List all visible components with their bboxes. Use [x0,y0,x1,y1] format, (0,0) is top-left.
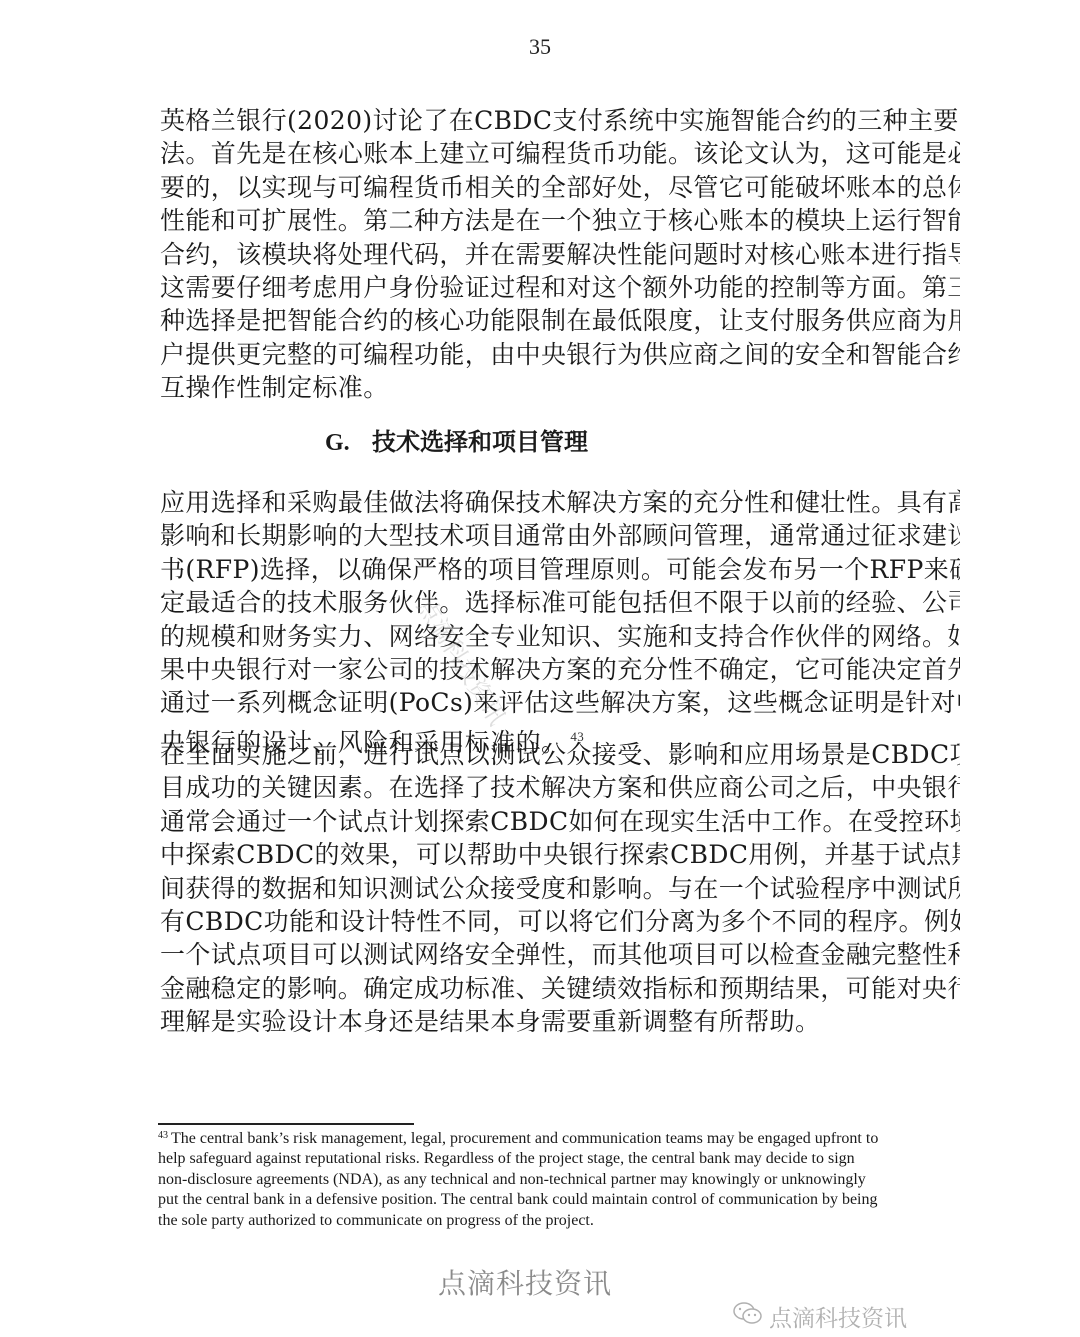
text-line: 金融稳定的影响。确定成功标准、关键绩效指标和预期结果，可能对央行 [160,972,960,1005]
text-line: 间获得的数据和知识测试公众接受度和影响。与在一个试验程序中测试所 [160,872,960,905]
paragraph-pilot: 在全面实施之前，进行试点以测试公众接受、影响和应用场景是CBDC项 目成功的关键… [160,738,960,1039]
section-heading: G. 技术选择和项目管理 [325,422,588,457]
text-line: 互操作性制定标准。 [160,371,960,404]
text-line: 的规模和财务实力、网络安全专业知识、实施和支持合作伙伴的网络。如 [160,620,960,653]
text-line: 果中央银行对一家公司的技术解决方案的充分性不确定，它可能决定首先 [160,653,960,686]
text-line: 有CBDC功能和设计特性不同，可以将它们分离为多个不同的程序。例如， [160,905,960,938]
footnote-divider [158,1123,414,1125]
wechat-icon [733,1301,769,1333]
text-line: 要的，以实现与可编程货币相关的全部好处，尽管它可能破坏账本的总体 [160,171,960,204]
text-line: 英格兰银行(2020)讨论了在CBDC支付系统中实施智能合约的三种主要方 [160,104,960,137]
footnote: 43The central bank’s risk management, le… [158,1126,978,1231]
bottom-watermark: 点滴科技资讯 [438,1262,612,1302]
text-line: 通过一系列概念证明(PoCs)来评估这些解决方案，这些概念证明是针对中 [160,686,960,719]
footnote-number: 43 [158,1130,168,1141]
text-line: 合约，该模块将处理代码，并在需要解决性能问题时对核心账本进行指导。 [160,238,960,271]
footnote-line: non-disclosure agreements (NDA), as any … [158,1170,978,1190]
footnote-line: the sole party authorized to communicate… [158,1211,978,1231]
footnote-line: help safeguard against reputational risk… [158,1149,978,1169]
text-line: 一个试点项目可以测试网络安全弹性，而其他项目可以检查金融完整性和 [160,938,960,971]
text-line: 书(RFP)选择，以确保严格的项目管理原则。可能会发布另一个RFP来确 [160,553,960,586]
wechat-account-name: 点滴科技资讯 [769,1300,907,1333]
text-line: 性能和可扩展性。第二种方法是在一个独立于核心账本的模块上运行智能 [160,204,960,237]
text-line: 理解是实验设计本身还是结果本身需要重新调整有所帮助。 [160,1005,960,1038]
text-line: 通常会通过一个试点计划探索CBDC如何在现实生活中工作。在受控环境 [160,805,960,838]
text-line: 影响和长期影响的大型技术项目通常由外部顾问管理，通常通过征求建议 [160,519,960,552]
text-line: 定最适合的技术服务伙伴。选择标准可能包括但不限于以前的经验、公司 [160,586,960,619]
text-line: 种选择是把智能合约的核心功能限制在最低限度，让支付服务供应商为用 [160,304,960,337]
section-title: 技术选择和项目管理 [372,427,588,456]
text-line: 目成功的关键因素。在选择了技术解决方案和供应商公司之后，中央银行 [160,771,960,804]
footnote-line: 43The central bank’s risk management, le… [158,1126,978,1149]
footnote-line: put the central bank in a defensive posi… [158,1190,978,1210]
page-number: 35 [0,34,1080,60]
text-line: 中探索CBDC的效果，可以帮助中央银行探索CBDC用例，并基于试点期 [160,838,960,871]
paragraph-smart-contracts: 英格兰银行(2020)讨论了在CBDC支付系统中实施智能合约的三种主要方 法。首… [160,104,960,405]
text-line: 应用选择和采购最佳做法将确保技术解决方案的充分性和健壮性。具有高 [160,486,960,519]
text-line: 法。首先是在核心账本上建立可编程货币功能。该论文认为，这可能是必 [160,137,960,170]
paragraph-procurement: 应用选择和采购最佳做法将确保技术解决方案的充分性和健壮性。具有高 影响和长期影响… [160,486,960,759]
text-line: 在全面实施之前，进行试点以测试公众接受、影响和应用场景是CBDC项 [160,738,960,771]
section-letter: G. [325,430,350,456]
wechat-account-watermark: 点滴科技资讯 [733,1300,907,1333]
text-line: 户提供更完整的可编程功能，由中央银行为供应商之间的安全和智能合约 [160,338,960,371]
text-line: 这需要仔细考虑用户身份验证过程和对这个额外功能的控制等方面。第三 [160,271,960,304]
